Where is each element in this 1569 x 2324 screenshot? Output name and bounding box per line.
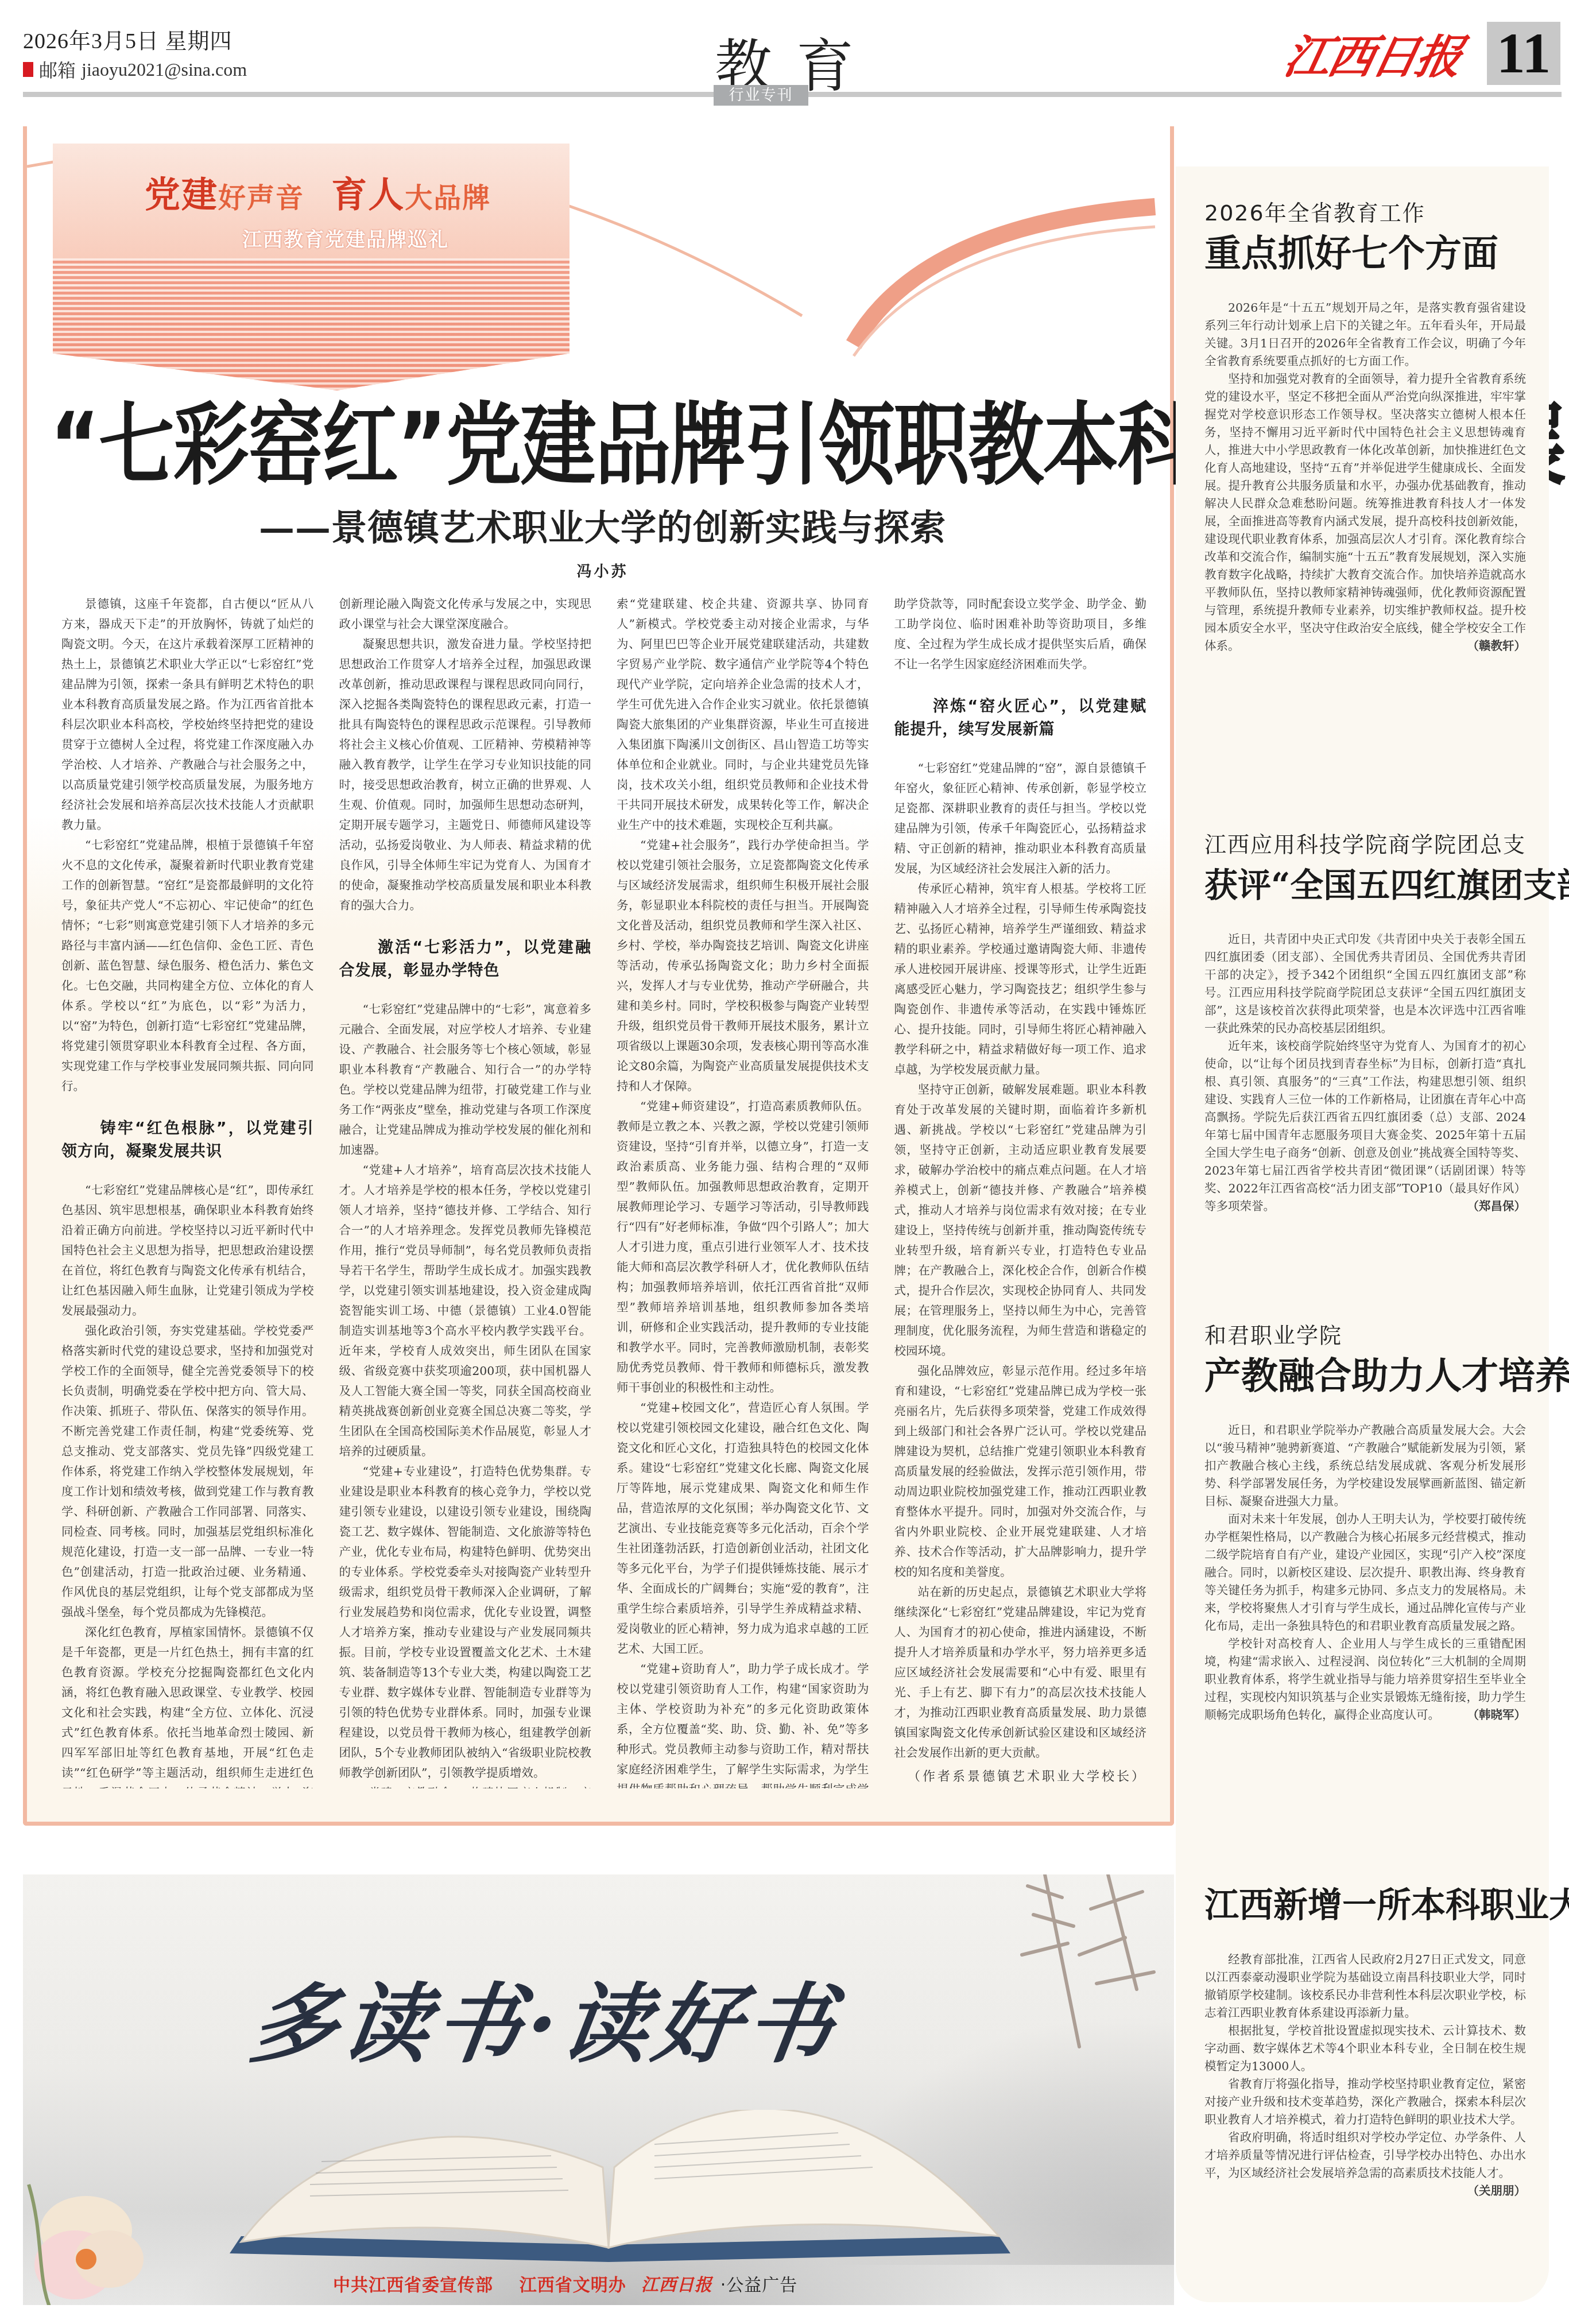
body-paragraph: 深化红色教育，厚植家国情怀。景德镇不仅是千年瓷都，更是一片红色热土，拥有丰富的红…: [61, 1622, 314, 1788]
sponsor-logo: 江西日报: [641, 2275, 712, 2295]
body-paragraph: “党建+资助育人”，助力学子成长成才。学校以党建引领资助育人工作，构建“国家资助…: [617, 1659, 869, 1788]
article-column: 景德镇，这座千年瓷都，自古便以“匠从八方来，器成天下走”的开放胸怀，铸就了灿烂的…: [61, 594, 314, 1788]
section-subheading: 激活“七彩活力”，以党建融合发展，彰显办学特色: [339, 936, 592, 982]
body-paragraph: 坚持守正创新，破解发展难题。职业本科教育处于改革发展的关键时期，面临着许多新机遇…: [894, 1080, 1147, 1361]
ad-label: ·公益广告: [720, 2275, 798, 2295]
story-body: 近日，共青团中央正式印发《共青团中央关于表彰全国五四红旗团委（团支部）、全国优秀…: [1204, 931, 1526, 1215]
author-note: （作者系景德镇艺术职业大学校长）: [894, 1767, 1147, 1787]
body-paragraph: 凝聚思想共识，激发奋进力量。学校坚持把思想政治工作贯穿人才培养全过程，加强思政课…: [339, 634, 592, 916]
body-paragraph: 景德镇，这座千年瓷都，自古便以“匠从八方来，器成天下走”的开放胸怀，铸就了灿烂的…: [61, 594, 314, 835]
body-paragraph: “党建+校园文化”，营造匠心育人氛围。学校以党建引领校园文化建设，融合红色文化、…: [617, 1398, 869, 1659]
body-paragraph: “七彩窑红”党建品牌核心是“红”，即传承红色基因、筑牢思想根基，确保职业本科教育…: [61, 1180, 314, 1321]
news-sidebar: 2026年全省教育工作 重点抓好七个方面 2026年是“十五五”规划开局之年，是…: [1176, 166, 1549, 2302]
red-square-icon: [23, 62, 33, 77]
body-paragraph: “党建+社会服务”，践行办学使命担当。学校以党建引领社会服务，立足瓷都陶瓷文化传…: [617, 835, 869, 1097]
article-columns: 景德镇，这座千年瓷都，自古便以“匠从八方来，器成天下走”的开放胸怀，铸就了灿烂的…: [61, 594, 1146, 1788]
story-headline: 江西新增一所本科职业大学: [1204, 1883, 1526, 1928]
body-paragraph: 坚持和加强党对教育的全面领导，着力提升全省教育系统党的建设水平，坚定不移把全面从…: [1204, 370, 1526, 655]
flower-icon: [23, 2173, 172, 2305]
email-label: 邮箱: [39, 56, 76, 83]
ad-slogan: 多读书·读好书: [244, 1955, 849, 2079]
masthead: 2026年3月5日 星期四 邮箱 jiaoyu2021@sina.com 教育 …: [0, 0, 1569, 115]
sponsor-name: 江西省文明办: [520, 2275, 626, 2295]
story-kicker: 江西应用科技学院商学院团总支: [1204, 827, 1526, 858]
feature-article: 党建好声音 育人大品牌 江西教育党建品牌巡礼 “七彩窑红”党建品牌引领职教本科高…: [23, 126, 1174, 1826]
section-subheading: 铸牢“红色根脉”，以党建引领方向，凝聚发展共识: [61, 1117, 314, 1163]
sponsor-name: 中共江西省委宣传部: [333, 2275, 493, 2295]
section-subheading: 淬炼“窑火匠心”，以党建赋能提升，续写发展新篇: [894, 695, 1147, 741]
issue-date: 2026年3月5日 星期四: [23, 23, 233, 55]
body-paragraph: 索“党建联建、校企共建、资源共享、协同育人”新模式。学校党委主动对接企业需求，与…: [617, 594, 869, 835]
story-byline: （韩晓军）: [1444, 1706, 1527, 1724]
body-paragraph: “七彩窑红”党建品牌中的“七彩”，寓意着多元融合、全面发展，对应学校人才培养、专…: [339, 1000, 592, 1160]
article-author: 冯小苏: [27, 560, 1178, 581]
body-paragraph: 学校针对高校育人、企业用人与学生成长的三重错配困境，构建“需求嵌入、过程浸润、岗…: [1204, 1635, 1526, 1724]
sidebar-story: 江西新增一所本科职业大学 经教育部批准，江西省人民政府2月27日正式发文，同意以…: [1204, 1883, 1526, 2200]
body-paragraph: 站在新的历史起点，景德镇艺术职业大学将继续深化“七彩窑红”党建品牌建设，牢记为党…: [894, 1582, 1147, 1763]
sidebar-story: 和君职业学院 产教融合助力人才培养 近日，和君职业学院举办产教融合高质量发展大会…: [1204, 1318, 1526, 1724]
banner-book-lines: [53, 258, 570, 390]
story-kicker: 和君职业学院: [1204, 1318, 1526, 1349]
body-paragraph: “党建+人才培养”，培育高层次技术技能人才。人才培养是学校的根本任务，学校以党建…: [339, 1160, 592, 1462]
newspaper-logo: 江西日报: [1279, 20, 1467, 86]
email-address[interactable]: jiaoyu2021@sina.com: [82, 59, 247, 80]
bamboo-icon: [1010, 1874, 1174, 2058]
body-paragraph: 传承匠心精神，筑牢育人根基。学校将工匠精神融入人才培养全过程，引导师生传承陶瓷技…: [894, 879, 1147, 1080]
body-paragraph: 省教育厅将强化指导，推动学校坚持职业教育定位，紧密对接产业升级和技术变革趋势，深…: [1204, 2075, 1526, 2129]
body-paragraph: 强化政治引领，夯实党建基础。学校党委严格落实新时代党的建设总要求，坚持和加强党对…: [61, 1321, 314, 1622]
contact-email: 邮箱 jiaoyu2021@sina.com: [23, 56, 247, 83]
story-body: 经教育部批准，江西省人民政府2月27日正式发文，同意以江西泰豪动漫职业学院为基础…: [1204, 1951, 1526, 2182]
body-paragraph: 创新理论融入陶瓷文化传承与发展之中，实现思政小课堂与社会大课堂深度融合。: [339, 594, 592, 634]
story-byline: （关朋朋）: [1444, 2182, 1527, 2200]
body-paragraph: “党建+师资建设”，打造高素质教师队伍。教师是立教之本、兴教之源，学校以党建引领…: [617, 1097, 869, 1398]
body-paragraph: 经教育部批准，江西省人民政府2月27日正式发文，同意以江西泰豪动漫职业学院为基础…: [1204, 1951, 1526, 2022]
section-tag: 行业专刊: [714, 85, 808, 106]
article-column: 创新理论融入陶瓷文化传承与发展之中，实现思政小课堂与社会大课堂深度融合。凝聚思想…: [339, 594, 592, 1788]
column-banner: 党建好声音 育人大品牌 江西教育党建品牌巡礼: [53, 144, 570, 390]
body-paragraph: “党建+专业建设”，打造特色优势集群。专业建设是职业本科教育的核心竞争力，学校以…: [339, 1462, 592, 1783]
body-paragraph: 强化品牌效应，彰显示范作用。经过多年培育和建设，“七彩窑红”党建品牌已成为学校一…: [894, 1361, 1147, 1582]
story-body: 2026年是“十五五”规划开局之年，是落实教育强省建设系列三年行动计划承上启下的…: [1204, 299, 1526, 655]
ad-sponsors: 中共江西省委宣传部 江西省文明办江西日报·公益广告: [333, 2271, 797, 2296]
story-byline: （赣教轩）: [1444, 637, 1527, 655]
article-column: 助学贷款等，同时配套设立奖学金、助学金、勤工助学岗位、临时困难补助等资助项目，多…: [894, 594, 1147, 1788]
body-paragraph: 助学贷款等，同时配套设立奖学金、助学金、勤工助学岗位、临时困难补助等资助项目，多…: [894, 594, 1147, 675]
body-paragraph: 根据批复，学校首批设置虚拟现实技术、云计算技术、数字动画、数字媒体艺术等4个职业…: [1204, 2022, 1526, 2075]
banner-title-part: 党建: [145, 174, 218, 216]
sidebar-story: 江西应用科技学院商学院团总支 获评“全国五四红旗团支部” 近日，共青团中央正式印…: [1204, 827, 1526, 1215]
banner-subtitle: 江西教育党建品牌巡礼: [242, 224, 449, 252]
article-column: 索“党建联建、校企共建、资源共享、协同育人”新模式。学校党委主动对接企业需求，与…: [617, 594, 869, 1788]
body-paragraph: 2026年是“十五五”规划开局之年，是落实教育强省建设系列三年行动计划承上启下的…: [1204, 299, 1526, 370]
body-paragraph: 面对未来十年发展，创办人王明夫认为，学校要打破传统办学框架性格局，以产教融合为核…: [1204, 1510, 1526, 1635]
banner-title: 党建好声音 育人大品牌: [145, 166, 491, 218]
banner-title-part: 好声音: [218, 182, 304, 214]
body-paragraph: 近年来，该校商学院始终坚守为党育人、为国育才的初心使命，以“让每个团员找到青春坐…: [1204, 1037, 1526, 1215]
story-kicker: 2026年全省教育工作: [1204, 195, 1526, 227]
story-headline: 产教融合助力人才培养: [1204, 1354, 1526, 1399]
body-paragraph: 省政府明确，将适时组织对学校办学定位、办学条件、人才培养质量等情况进行评估检查，…: [1204, 2129, 1526, 2182]
article-headline: “七彩窑红”党建品牌引领职教本科高质量发展: [50, 373, 1155, 502]
banner-title-part: 大品牌: [405, 182, 491, 214]
page-number: 11: [1487, 22, 1560, 85]
sidebar-story: 2026年全省教育工作 重点抓好七个方面 2026年是“十五五”规划开局之年，是…: [1204, 195, 1526, 655]
story-byline: （郑昌保）: [1444, 1198, 1527, 1215]
public-service-ad: 多读书·读好书 中共江西省委宣传部 江西省文明办江西日报·公益广告: [23, 1874, 1174, 2305]
body-paragraph: 近日，和君职业学院举办产教融合高质量发展大会。大会以“骏马精神”驰骋新赛道、“产…: [1204, 1421, 1526, 1510]
body-paragraph: 近日，共青团中央正式印发《共青团中央关于表彰全国五四红旗团委（团支部）、全国优秀…: [1204, 931, 1526, 1037]
story-headline: 获评“全国五四红旗团支部”: [1204, 863, 1526, 908]
article-subheadline: ——景德镇艺术职业大学的创新实践与探索: [27, 499, 1178, 551]
body-paragraph: “党建+产教融合”，构建协同育人机制。产教融合是职业本科教育的核心路径，学校以党…: [339, 1783, 592, 1788]
body-paragraph: “七彩窑红”党建品牌，根植于景德镇千年窑火不息的文化传承，凝聚着新时代职业教育党…: [61, 835, 314, 1097]
body-paragraph: “七彩窑红”党建品牌的“窑”，源自景德镇千年窑火，象征匠心精神、传承创新，彰显学…: [894, 758, 1147, 879]
story-headline: 重点抓好七个方面: [1204, 231, 1526, 276]
story-body: 近日，和君职业学院举办产教融合高质量发展大会。大会以“骏马精神”驰骋新赛道、“产…: [1204, 1421, 1526, 1724]
open-book-icon: [207, 2110, 1045, 2271]
banner-title-part: 育人: [331, 174, 405, 216]
